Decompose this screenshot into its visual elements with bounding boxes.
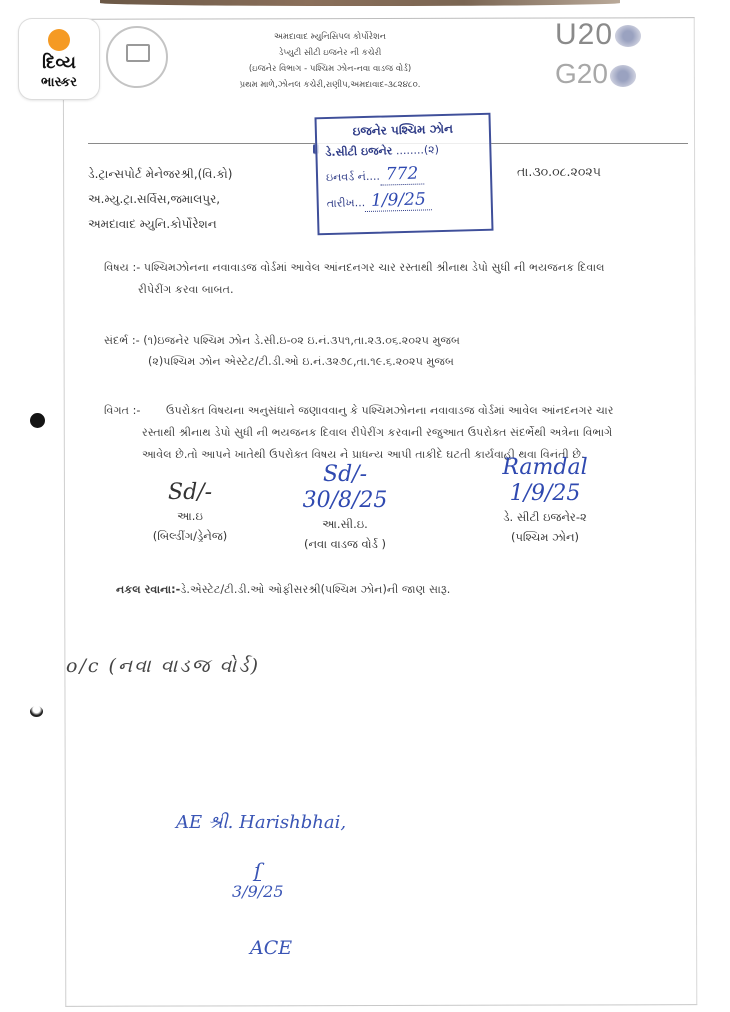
letterhead-line: (ઇજનેર વિભાગ - પશ્ચિમ ઝોન-નવા વાડજ વોર્ડ… xyxy=(200,61,460,77)
u20-text: U20 xyxy=(555,18,613,51)
signatory-ace: Sd/- 30/8/25 આ.સી.ઇ. (નવા વાડજ વોર્ડ ) xyxy=(290,462,400,554)
inward-date: 1/9/25 xyxy=(365,189,432,212)
signatory-dy-city-engineer: Ramdal 1/9/25 ડે. સીટી ઇજનેર-૨ (પશ્ચિમ ઝ… xyxy=(480,455,610,547)
punch-hole xyxy=(30,706,43,717)
details-line: ઉપરોક્ત વિષયના અનુસંધાને જણાવવાનુ કે પશ્… xyxy=(166,404,614,417)
logo-line1: દિવ્ય xyxy=(19,54,99,73)
letterhead-line: અમદાવાદ મ્યુનિસિપલ કોર્પોરેશન xyxy=(200,29,460,45)
inward-number: 772 xyxy=(380,163,425,185)
letter-date: તા.૩૦.૦૮.૨૦૨૫ xyxy=(517,164,601,180)
logo-line2: ભાસ્કર xyxy=(19,73,99,92)
stamp-row: ડે.સીટી ઇજનેર ........(૨) xyxy=(325,142,489,160)
signatory-title: આ.ઇ xyxy=(135,506,245,526)
references-block: સંદર્ભ :- (૧)ઇજનેર પશ્ચિમ ઝોન ડે.સી.ઇ-૦૨… xyxy=(104,330,460,372)
sun-icon xyxy=(48,29,70,51)
divya-bhaskar-logo: દિવ્ય ભાસ્કર xyxy=(19,19,99,99)
signature: Ramdal 1/9/25 xyxy=(480,455,610,507)
details-label: વિગત :- xyxy=(104,400,166,422)
handwritten-note: o/c (નવા વાડજ વોર્ડ) xyxy=(66,655,260,677)
u20-logo: U20 xyxy=(555,18,641,52)
signature-mark: ſ xyxy=(254,860,261,881)
handwritten-note: AE શ્રી. Harishbhai, xyxy=(176,812,346,833)
subject-text: રીપેરીંગ કરવા બાબત. xyxy=(104,279,684,301)
g20-logo: G20 xyxy=(555,58,636,90)
letterhead-line: પ્રથમ માળે,ઝોનલ કચેરી,રાણીપ,અમદાવાદ-૩૮૨૪… xyxy=(200,77,460,93)
stamp-value: (૨) xyxy=(424,143,439,156)
g20-text: G20 xyxy=(555,58,608,89)
letterhead: અમદાવાદ મ્યુનિસિપલ કોર્પોરેશન ડેપ્યુટી સ… xyxy=(200,29,460,93)
signatory-ae: Sd/- આ.ઇ (બિલ્ડીંગ/ડ્રેનેજ) xyxy=(135,480,245,546)
details-line: રસ્તાથી શ્રીનાથ ડેપો સુધી ની ભયજનક દિવાલ… xyxy=(104,422,684,444)
signatory-title: ડે. સીટી ઇજનેર-૨ xyxy=(480,507,610,527)
amc-emblem-icon xyxy=(106,26,168,88)
copy-to-label: નકલ રવાના:- xyxy=(116,583,180,596)
signature: Sd/- 30/8/25 xyxy=(290,462,400,514)
signatory-dept: (પશ્ચિમ ઝોન) xyxy=(480,527,610,547)
handwritten-signature: ſ 3/9/25 xyxy=(232,860,284,902)
addressee-line: અમદાવાદ મ્યુનિ.કોર્પોરેશન xyxy=(88,212,232,237)
signatory-dept: (બિલ્ડીંગ/ડ્રેનેજ) xyxy=(135,526,245,546)
inward-stamp: ઇજનેર પશ્ચિમ ઝોન ડે.સીટી ઇજનેર ........(… xyxy=(314,113,493,236)
signatory-dept: (નવા વાડજ વોર્ડ ) xyxy=(290,534,400,554)
background-edge xyxy=(100,0,620,6)
signature: Sd/- xyxy=(135,480,245,506)
references-label: સંદર્ભ :- xyxy=(104,334,140,347)
punch-hole xyxy=(30,413,45,428)
handwritten-note: ACE xyxy=(250,937,292,959)
reference-item: (૧)ઇજનેર પશ્ચિમ ઝોન ડે.સી.ઇ-૦૨ ઇ.નં.૩૫૧,… xyxy=(143,334,460,347)
letterhead-line: ડેપ્યુટી સીટી ઇજનેર ની કચેરી xyxy=(200,45,460,61)
addressee-block: ડે.ટ્રાન્સપોર્ટ મેનેજરશ્રી,(વિ.કો) અ.મ્ય… xyxy=(88,162,232,237)
stamp-title: ઇજનેર પશ્ચિમ ઝોન xyxy=(317,121,489,140)
globe-icon xyxy=(610,65,636,87)
signature-date: 3/9/25 xyxy=(232,882,284,902)
addressee-line: અ.મ્યુ.ટ્રા.સર્વિસ,જમાલપુર, xyxy=(88,187,232,212)
stamp-row: તારીખ...1/9/25 xyxy=(326,188,490,212)
copy-to-text: ડે.એસ્ટેટ/ટી.ડી.ઓ ઓફીસરશ્રી(પશ્ચિમ ઝોન)ન… xyxy=(180,583,450,596)
addressee-line: ડે.ટ્રાન્સપોર્ટ મેનેજરશ્રી,(વિ.કો) xyxy=(88,162,232,187)
stamp-label: તારીખ xyxy=(327,196,355,210)
stamp-row: ઇનવર્ડ નં....772 xyxy=(326,162,490,186)
lotus-icon xyxy=(615,25,641,47)
subject-block: વિષય :- પશ્ચિમઝોનના નવાવાડજ વોર્ડમાં આવે… xyxy=(104,257,684,301)
stamp-label: ઇનવર્ડ નં. xyxy=(326,170,370,184)
subject-label: વિષય :- xyxy=(104,261,140,274)
stamp-label: ડે.સીટી ઇજનેર xyxy=(325,144,392,159)
reference-item: (૨)પશ્ચિમ ઝોન એસ્ટેટ/ટી.ડી.ઓ ઇ.નં.૩૨૭૮,ત… xyxy=(104,351,460,372)
signatory-title: આ.સી.ઇ. xyxy=(290,514,400,534)
subject-text: પશ્ચિમઝોનના નવાવાડજ વોર્ડમાં આવેલ આંનદનગ… xyxy=(144,261,605,274)
copy-to: નકલ રવાના:-ડે.એસ્ટેટ/ટી.ડી.ઓ ઓફીસરશ્રી(પ… xyxy=(116,583,450,597)
